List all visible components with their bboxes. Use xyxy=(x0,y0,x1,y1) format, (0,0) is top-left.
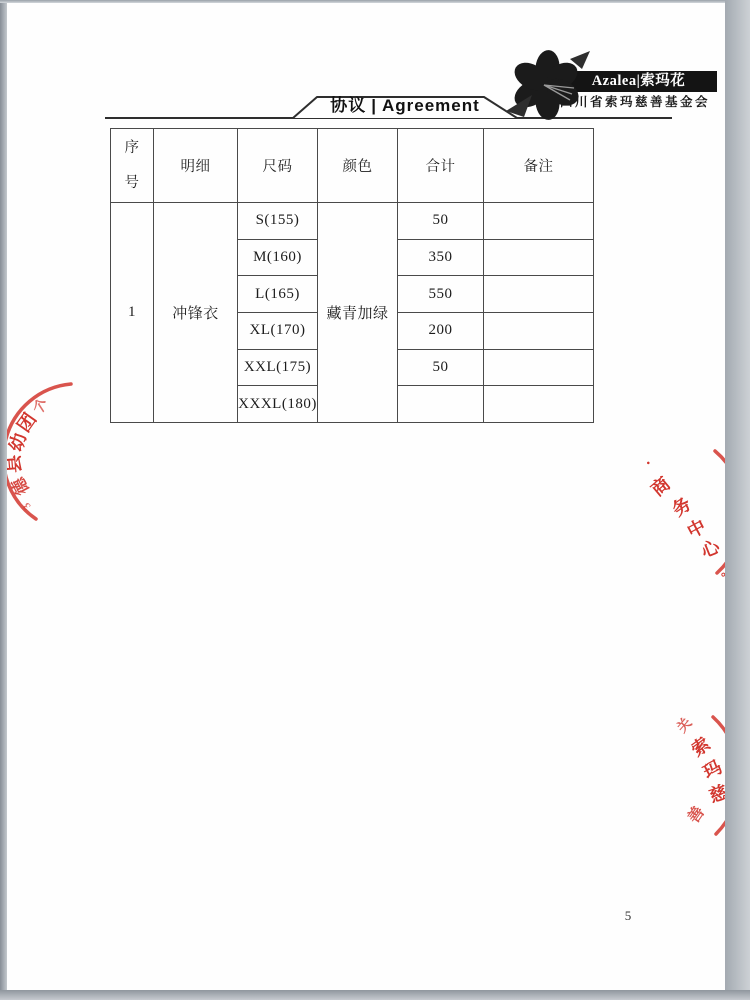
total-cell xyxy=(398,386,484,423)
total-cell: 50 xyxy=(398,349,484,386)
col-header-note: 备注 xyxy=(484,129,594,203)
note-cell xyxy=(484,203,594,240)
col-header-serial: 序号 xyxy=(111,129,154,203)
page-title: 协议|Agreement xyxy=(293,96,517,116)
azalea-flower-icon xyxy=(498,48,593,123)
size-cell: XXL(175) xyxy=(238,349,318,386)
scanned-document-page: { "header": { "title_zh": "协议", "title_s… xyxy=(0,0,750,1000)
table-row: 1 冲锋衣 S(155) 藏青加绿 50 xyxy=(111,203,594,240)
page-title-zh: 协议 xyxy=(330,96,366,115)
note-cell xyxy=(484,386,594,423)
note-cell xyxy=(484,239,594,276)
size-cell: XXXL(180) xyxy=(238,386,318,423)
color-cell: 藏青加绿 xyxy=(318,203,398,423)
page-title-en: Agreement xyxy=(382,96,480,115)
scan-edge-bottom xyxy=(0,990,750,1000)
page-title-separator: | xyxy=(366,96,382,115)
scan-edge-right xyxy=(725,0,750,1000)
col-header-total: 合计 xyxy=(398,129,484,203)
size-cell: XL(170) xyxy=(238,313,318,350)
total-cell: 550 xyxy=(398,276,484,313)
note-cell xyxy=(484,349,594,386)
total-cell: 200 xyxy=(398,313,484,350)
detail-cell: 冲锋衣 xyxy=(154,203,238,423)
col-header-color: 颜色 xyxy=(318,129,398,203)
table-header-row: 序号 明细 尺码 颜色 合计 备注 xyxy=(111,129,594,203)
total-cell: 50 xyxy=(398,203,484,240)
page-number: 5 xyxy=(618,908,638,924)
size-cell: L(165) xyxy=(238,276,318,313)
col-header-size: 尺码 xyxy=(238,129,318,203)
serial-cell: 1 xyxy=(111,203,154,423)
col-header-detail: 明细 xyxy=(154,129,238,203)
note-cell xyxy=(484,313,594,350)
scan-edge-left xyxy=(0,0,7,1000)
note-cell xyxy=(484,276,594,313)
total-cell: 350 xyxy=(398,239,484,276)
scan-edge-top xyxy=(0,0,750,3)
size-cell: M(160) xyxy=(238,239,318,276)
agreement-items-table: 序号 明细 尺码 颜色 合计 备注 1 冲锋衣 S(155) 藏青加绿 50 M… xyxy=(110,128,594,423)
size-cell: S(155) xyxy=(238,203,318,240)
